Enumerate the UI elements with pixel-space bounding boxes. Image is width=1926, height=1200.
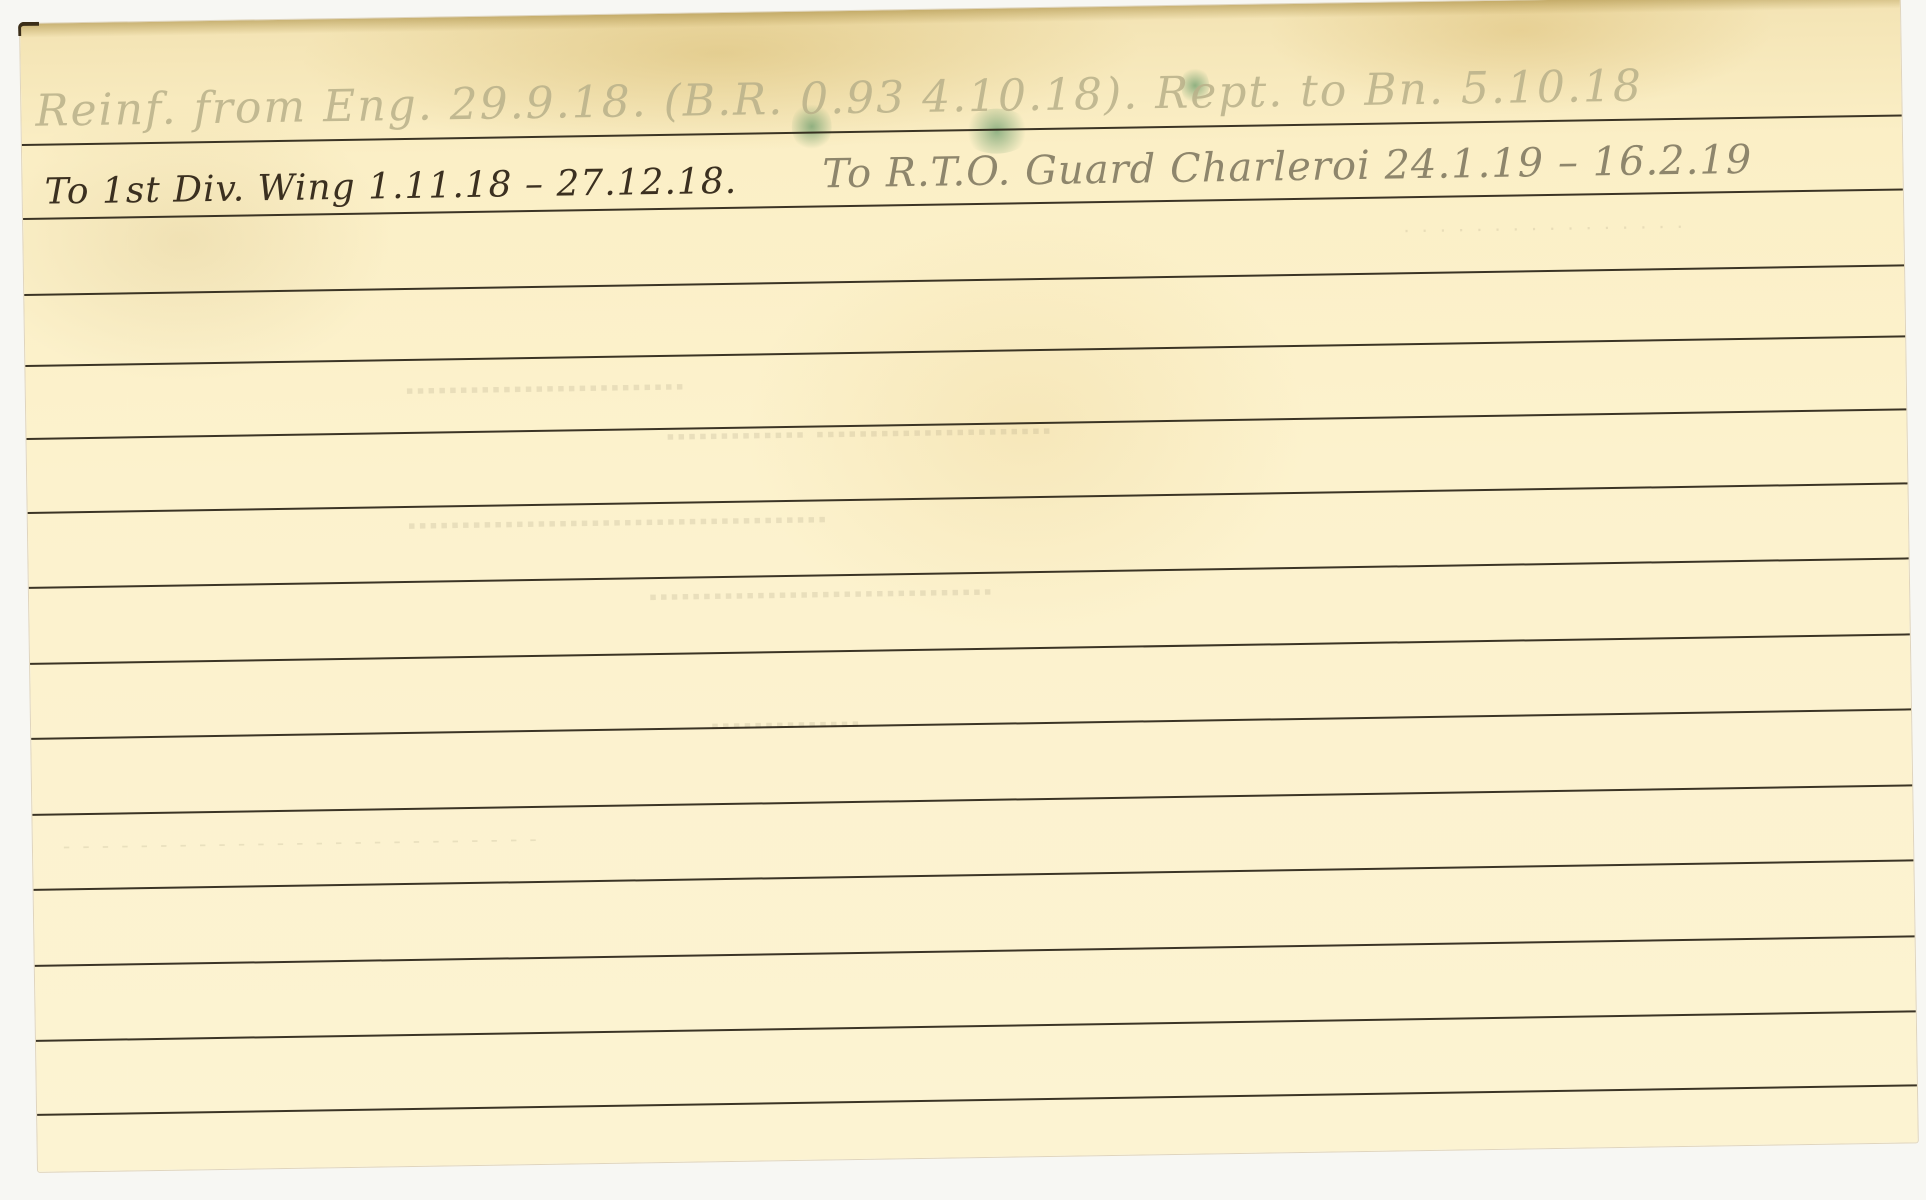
record-card: . . . . . . . . . . . . . . . . ▪▪▪▪▪▪▪▪… [20,0,1918,1172]
ruled-line [37,1084,1917,1116]
show-through-print: - - - - - - - - - - - - - - - - - - - - … [63,826,540,859]
ruled-line [32,784,1912,816]
ruled-line [25,335,1905,367]
show-through-print: ▪▪▪▪▪▪▪▪▪▪▪▪▪▪▪▪▪▪▪▪▪▪▪▪▪▪ [406,374,687,404]
entry-line-2-rto-guard: To R.T.O. Guard Charleroi 24.1.19 – 16.2… [822,137,1753,198]
ruled-line [31,708,1911,740]
scanned-page: . . . . . . . . . . . . . . . . ▪▪▪▪▪▪▪▪… [0,0,1926,1200]
card-corner-mark [18,22,39,36]
show-through-print: . . . . . . . . . . . . . . . . [1403,208,1686,238]
show-through-print: ▪▪▪▪▪▪▪▪▪▪▪▪▪▪▪▪▪▪▪▪▪▪▪▪▪▪▪▪▪▪▪▪ [649,579,995,610]
ruled-line [28,482,1908,514]
ruled-line [36,1010,1916,1042]
entry-line-1-reinforcement: Reinf. from Eng. 29.9.18. (B.R. 0.93 4.1… [35,61,1643,137]
ruled-line [24,264,1904,296]
ruled-line [35,935,1915,967]
entry-line-2-division-wing: To 1st Div. Wing 1.11.18 – 27.12.18. [44,161,737,213]
ruled-line [30,633,1910,665]
show-through-print: ▪▪▪▪▪▪▪▪▪▪▪▪▪▪▪▪▪▪▪▪▪▪▪▪▪▪▪▪▪▪▪▪▪▪▪▪▪▪▪ [408,506,830,539]
ruled-line [34,859,1914,891]
